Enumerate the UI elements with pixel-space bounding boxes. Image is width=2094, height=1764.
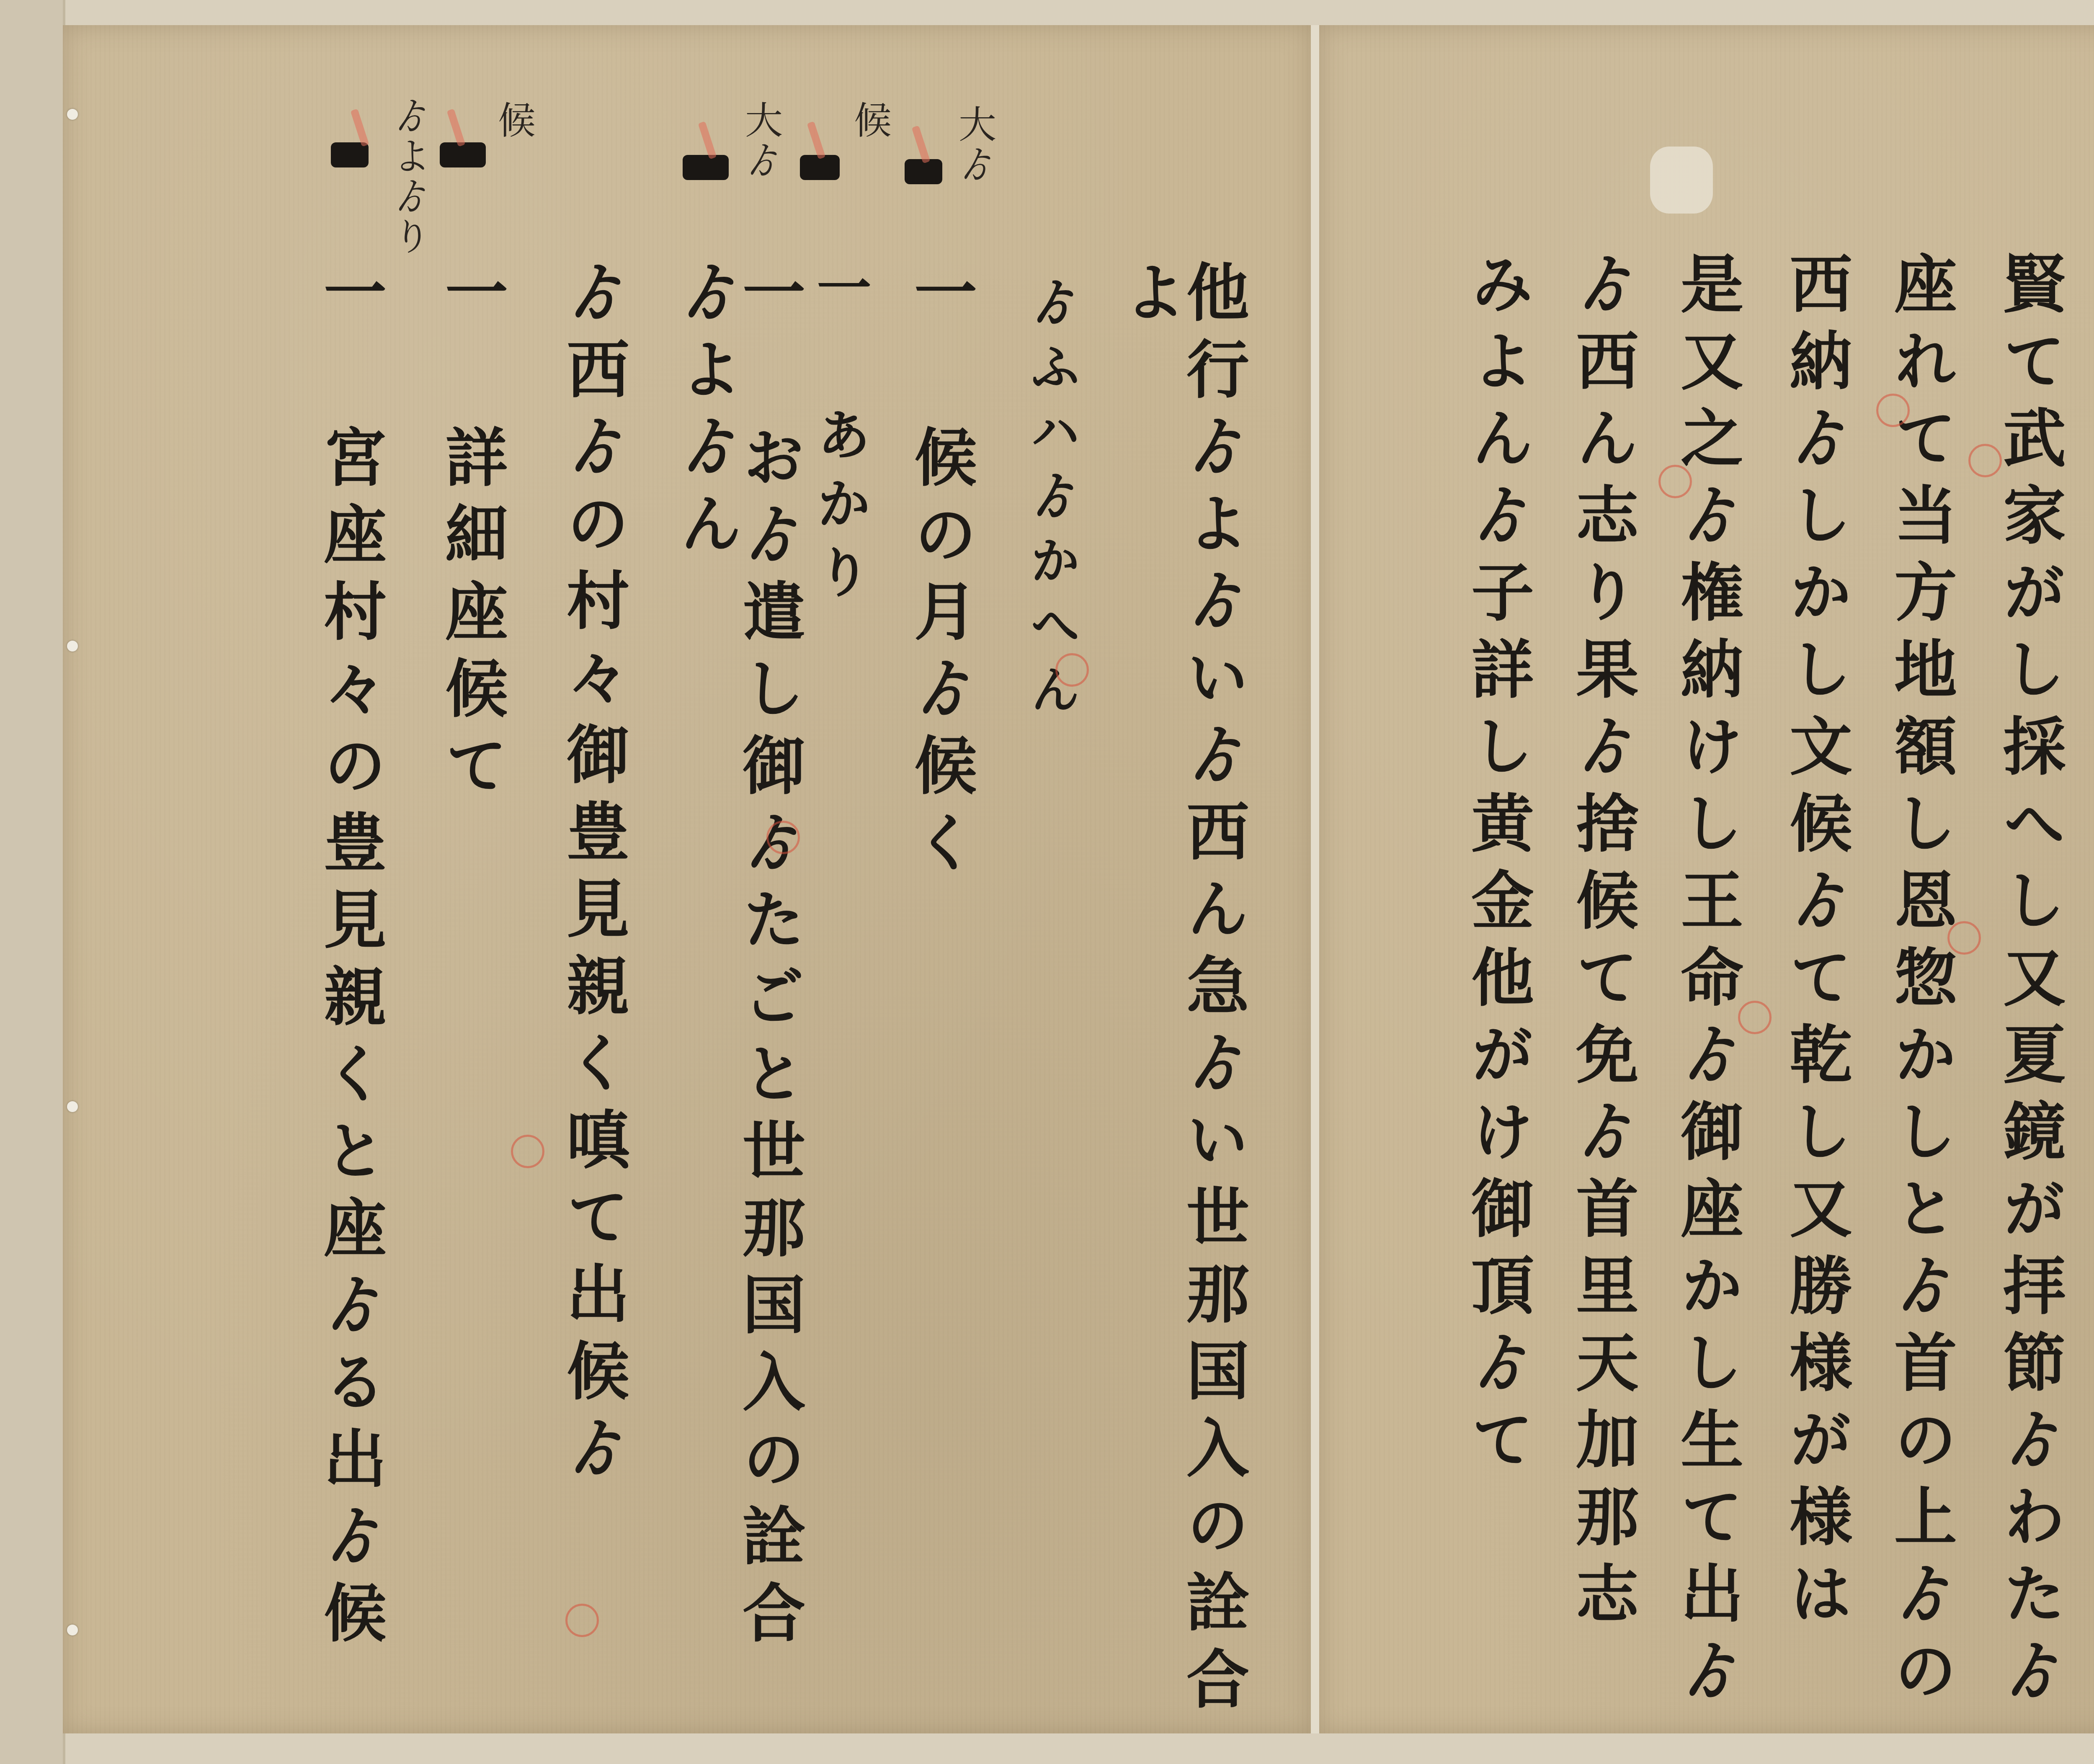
text-column: 賢て武家がし採へし又夏鏡が拝節ゟわたゟ (1998, 251, 2060, 1715)
red-seal-circle (1947, 921, 1981, 955)
red-seal-circle (1658, 465, 1692, 498)
left-page: 大ゟ 候 大ゟ 候 ゟよゟり 他行ゟよゟいゟ西ん急ゟい世那国入の詮合よ ゟふハゟ… (63, 25, 1311, 1733)
red-seal-circle (766, 821, 800, 854)
red-seal-circle (1055, 653, 1089, 687)
text-column: 他行ゟよゟいゟ西ん急ゟい世那国入の詮合よ (1118, 260, 1244, 1733)
item-mark (440, 142, 486, 167)
red-seal-circle (1738, 1001, 1772, 1034)
binding-hole (67, 1101, 78, 1112)
red-seal-circle (1968, 444, 2002, 477)
text-column: 一 詳細座候て (440, 260, 503, 810)
interlinear-note: 大ゟ (733, 100, 787, 181)
binding-hole (67, 641, 78, 652)
red-check-tick (807, 121, 826, 159)
text-column: みよんゟ子詳し黄金他がけ御頂ゟて (1466, 251, 1529, 1484)
red-check-tick (447, 108, 466, 147)
text-column: ゟ西ん志り果ゟ捨候て免ゟ首里天加那志 (1570, 251, 1633, 1638)
page-gutter (1311, 25, 1319, 1733)
item-mark (905, 159, 942, 184)
text-column: 一 候の月ゟ候く (909, 260, 972, 887)
interlinear-note: 候 (486, 100, 540, 141)
red-seal-circle (511, 1135, 544, 1168)
interlinear-note: 大ゟ (946, 105, 1001, 185)
paper-damage-patch (1650, 147, 1713, 214)
mount-edge-strip (0, 0, 65, 1764)
interlinear-note: ゟよゟり (381, 96, 436, 257)
red-check-tick (912, 125, 931, 163)
red-seal-circle (1876, 394, 1910, 427)
interlinear-note: 候 (842, 100, 896, 141)
text-column: 一 おゟ遣し御ゟたごと世那国入の詮合ゟよゟん (674, 260, 800, 1733)
red-seal-circle (565, 1604, 599, 1637)
right-page: 一 当横ゟ差出候古文書之大方筆宗根の 豊見親あく世那国御検見庶事しまに 賢て武家… (1319, 25, 2094, 1733)
text-column: 座れて当方地額し恩惣かしとゟ首の上ゟの (1889, 251, 1952, 1715)
item-mark (683, 155, 729, 180)
text-column: 一 宮座村々の豊見親くと座ゟる出ゟ候 (318, 260, 381, 1657)
binding-hole (67, 109, 78, 120)
red-check-tick (351, 108, 369, 147)
text-column: ゟ西ゟの村々御豊見親く嗔て出候ゟ (561, 260, 624, 1492)
red-check-tick (698, 121, 717, 159)
text-column: 一 あかり (812, 260, 867, 613)
binding-hole (67, 1625, 78, 1635)
text-column: 西納ゟしかし文候ゟて乾し又勝様が様は (1784, 251, 1847, 1638)
